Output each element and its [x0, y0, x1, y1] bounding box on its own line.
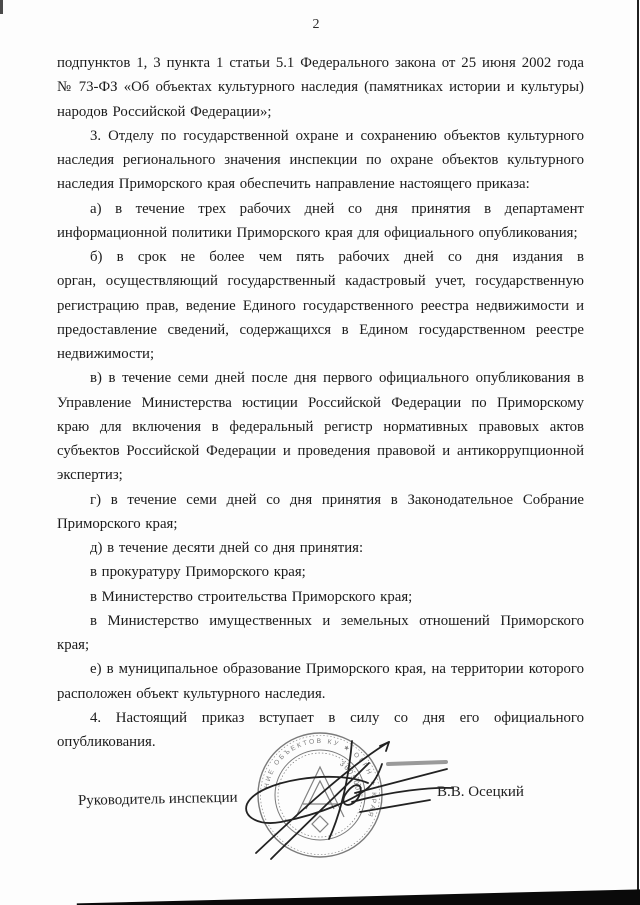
- body-line: а) в течение трех рабочих дней со дня пр…: [57, 197, 584, 221]
- body-line: б) в срок не более чем пять рабочих дней…: [57, 245, 584, 269]
- document-body: подпунктов 1, 3 пункта 1 статьи 5.1 Феде…: [57, 51, 584, 754]
- body-line: в) в течение семи дней после дня первого…: [57, 366, 584, 390]
- body-line: в Министерство имущественных и земельных…: [57, 609, 584, 633]
- body-line: наследия регионального значения инспекци…: [57, 148, 584, 172]
- body-line: в прокуратуру Приморского края;: [57, 560, 584, 584]
- body-line: народов Российской Федерации»;: [57, 100, 584, 124]
- scan-artifact-bottom-edge: [0, 885, 640, 905]
- document-page: 2 подпунктов 1, 3 пункта 1 статьи 5.1 Фе…: [0, 0, 640, 905]
- signature-flourish-gray: [388, 762, 446, 764]
- body-line: Управление Министерства юстиции Российск…: [57, 391, 584, 415]
- scan-artifact-topleft: [0, 0, 3, 14]
- body-line: № 73-ФЗ «Об объектах культурного наследи…: [57, 75, 584, 99]
- body-line: предоставление сведений, содержащихся в …: [57, 318, 584, 342]
- scan-artifact-right-edge: [637, 0, 639, 905]
- page-number: 2: [0, 17, 632, 33]
- body-line: 3. Отделу по государственной охране и со…: [57, 124, 584, 148]
- body-line: расположен объект культурного наследия.: [57, 682, 584, 706]
- body-line: субъектов Российской Федерации и проведе…: [57, 439, 584, 463]
- body-line: е) в муниципальное образование Приморско…: [57, 657, 584, 681]
- signer-title: Руководитель инспекции: [78, 790, 238, 810]
- body-line: недвижимости;: [57, 342, 584, 366]
- body-line: наследия Приморского края обеспечить нап…: [57, 172, 584, 196]
- body-line: д) в течение десяти дней со дня принятия…: [57, 536, 584, 560]
- body-line: Приморского края;: [57, 512, 584, 536]
- body-line: краю для включения в федеральный регистр…: [57, 415, 584, 439]
- body-line: края;: [57, 633, 584, 657]
- body-line: г) в течение семи дней со дня принятия в…: [57, 488, 584, 512]
- body-line: орган, осуществляющий государственный ка…: [57, 269, 584, 293]
- body-line: регистрацию прав, ведение Единого госуда…: [57, 294, 584, 318]
- official-stamp: НИЕ ОБЪЕКТОВ КУ ★ ОГРН ★ КРАЯ 3609006: [225, 716, 475, 876]
- body-line: информационной политики Приморского края…: [57, 221, 584, 245]
- body-line: в Министерство строительства Приморского…: [57, 585, 584, 609]
- body-line: подпунктов 1, 3 пункта 1 статьи 5.1 Феде…: [57, 51, 584, 75]
- body-line: экспертиз;: [57, 463, 584, 487]
